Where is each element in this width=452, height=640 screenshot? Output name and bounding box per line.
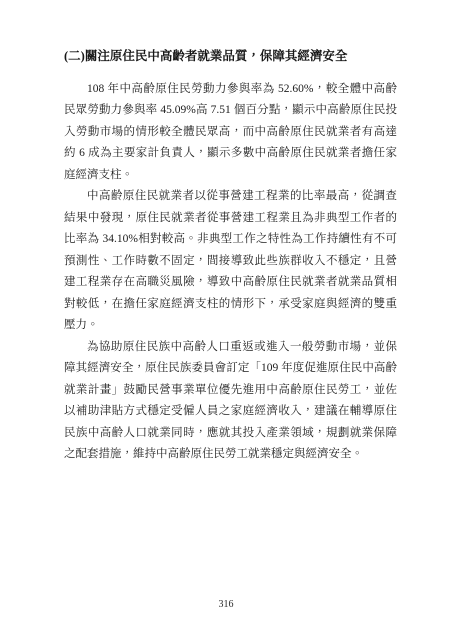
paragraph: 中高齡原住民就業者以從事營建工程業的比率最高，從調查結果中發現，原住民就業者從事… — [64, 186, 397, 337]
document-page: (二)關注原住民中高齡者就業品質，保障其經濟安全 108 年中高齡原住民勞動力參… — [0, 0, 452, 640]
paragraph: 為協助原住民族中高齡人口重返或進入一般勞動市場，並保障其經濟安全，原住民族委員會… — [64, 337, 397, 466]
page-number: 316 — [0, 599, 452, 611]
page-content: (二)關注原住民中高齡者就業品質，保障其經濟安全 108 年中高齡原住民勞動力參… — [64, 46, 397, 466]
paragraph: 108 年中高齡原住民勞動力參與率為 52.60%，較全體中高齡民眾勞動力參與率… — [64, 79, 397, 187]
section-heading: (二)關注原住民中高齡者就業品質，保障其經濟安全 — [64, 46, 397, 68]
body-text: 108 年中高齡原住民勞動力參與率為 52.60%，較全體中高齡民眾勞動力參與率… — [64, 79, 397, 466]
